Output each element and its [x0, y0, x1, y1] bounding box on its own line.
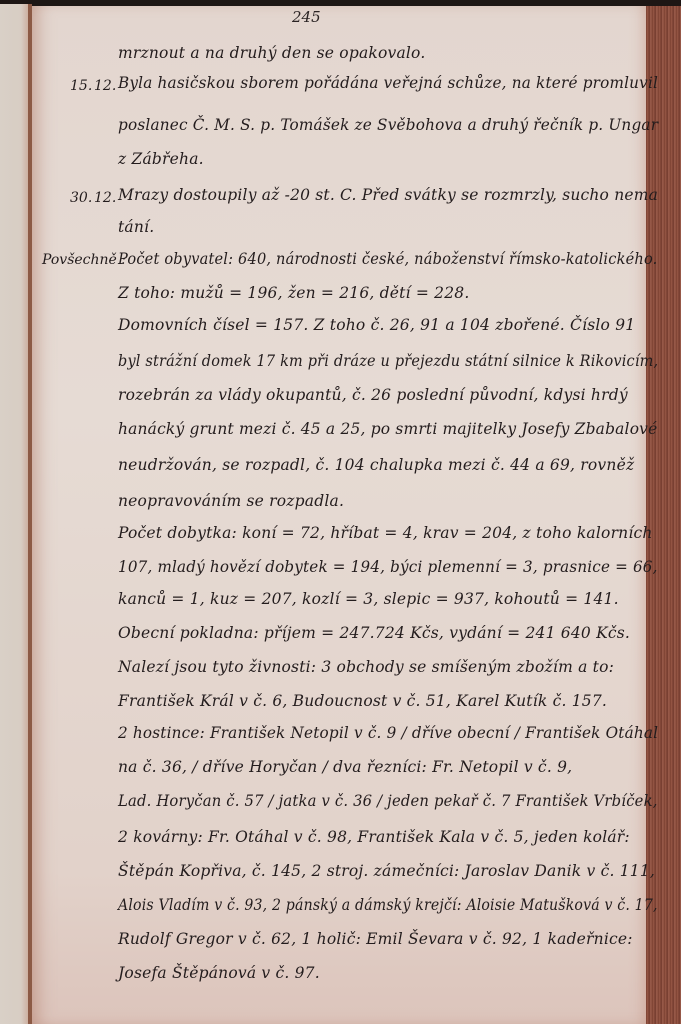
section-line: 2 kovárny: Fr. Otáhal v č. 98, František… — [118, 828, 630, 846]
entry-month: 12. — [94, 78, 116, 94]
section-line: neudržován, se rozpadl, č. 104 chalupka … — [118, 456, 634, 474]
section-line: Lad. Horyčan č. 57 / jatka v č. 36 / jed… — [118, 792, 658, 810]
section-line: Nalezí jsou tyto živnosti: 3 obchody se … — [118, 658, 614, 676]
section-line: na č. 36, / dříve Horyčan / dva řezníci:… — [118, 758, 572, 776]
entry-day: 15. — [70, 78, 92, 94]
section-label: Povšechně : — [42, 252, 126, 268]
entry-line: Mrazy dostoupily až -20 st. C. Před svát… — [118, 186, 658, 204]
section-line: František Král v č. 6, Budoucnost v č. 5… — [118, 692, 607, 710]
section-line: Počet dobytka: koní = 72, hříbat = 4, kr… — [118, 524, 653, 542]
section-line: Obecní pokladna: příjem = 247.724 Kčs, v… — [118, 624, 630, 642]
section-line: Alois Vladím v č. 93, 2 pánský a dámský … — [118, 896, 658, 914]
entry-line: z Zábřeha. — [118, 150, 204, 168]
page-number: 245 — [292, 8, 321, 26]
entry-line: tání. — [118, 218, 154, 236]
section-line: Štěpán Kopřiva, č. 145, 2 stroj. zámeční… — [118, 862, 655, 880]
section-line: rozebrán za vlády okupantů, č. 26 posled… — [118, 386, 628, 404]
section-line: neopravováním se rozpadla. — [118, 492, 344, 510]
section-line: Z toho: mužů = 196, žen = 216, dětí = 22… — [118, 284, 469, 302]
entry-line: mrznout a na druhý den se opakovalo. — [118, 44, 425, 62]
section-line: kanců = 1, kuz = 207, kozlí = 3, slepic … — [118, 590, 619, 608]
section-line: 2 hostince: František Netopil v č. 9 / d… — [118, 724, 658, 742]
section-line: Josefa Štěpánová v č. 97. — [118, 964, 320, 982]
entry-day: 30. — [70, 190, 92, 206]
section-line: hanácký grunt mezi č. 45 a 25, po smrti … — [118, 420, 657, 438]
left-page-edge — [0, 4, 30, 1024]
section-line: Domovních čísel = 157. Z toho č. 26, 91 … — [118, 316, 635, 334]
entry-line: poslanec Č. M. S. p. Tomášek ze Svěbohov… — [118, 116, 658, 134]
manuscript-page: 245 mrznout a na druhý den se opakovalo.… — [32, 6, 646, 1024]
section-line: Počet obyvatel: 640, národnosti české, n… — [118, 250, 657, 268]
entry-line: Byla hasičskou sborem pořádána veřejná s… — [118, 74, 658, 92]
entry-month: 12. — [94, 190, 116, 206]
section-line: 107, mladý hovězí dobytek = 194, býci pl… — [118, 558, 658, 576]
section-line: Rudolf Gregor v č. 62, 1 holič: Emil Šev… — [118, 930, 633, 948]
section-line: byl strážní domek 17 km při dráze u přej… — [118, 352, 658, 370]
